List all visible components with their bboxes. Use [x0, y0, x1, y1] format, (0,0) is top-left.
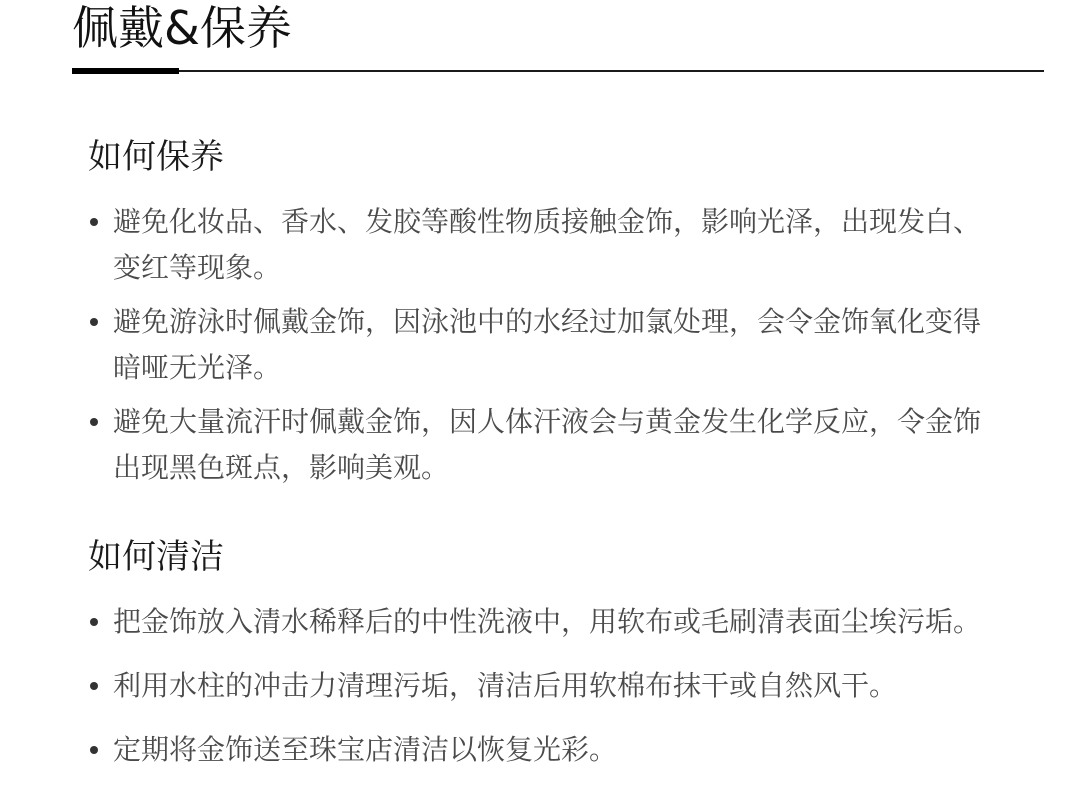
- bullet-icon: [90, 218, 98, 226]
- list-item: 利用水柱的冲击力清理污垢，清洁后用软棉布抹干或自然风干。: [86, 663, 1066, 709]
- clean-list: 把金饰放入清水稀释后的中性洗液中，用软布或毛刷清表面尘埃污垢。 利用水柱的冲击力…: [86, 599, 1066, 791]
- section-heading-clean: 如何清洁: [88, 537, 224, 577]
- list-item: 避免化妆品、香水、发胶等酸性物质接触金饰，影响光泽，出现发白、 变红等现象。: [86, 199, 1066, 291]
- bullet-icon: [90, 618, 98, 626]
- list-item-line: 利用水柱的冲击力清理污垢，清洁后用软棉布抹干或自然风干。: [113, 663, 1066, 709]
- list-item: 定期将金饰送至珠宝店清洁以恢复光彩。: [86, 727, 1066, 773]
- bullet-icon: [90, 418, 98, 426]
- list-item-line: 变红等现象。: [113, 245, 1066, 291]
- bullet-icon: [90, 318, 98, 326]
- list-item-line: 暗哑无光泽。: [113, 345, 1066, 391]
- list-item-line: 定期将金饰送至珠宝店清洁以恢复光彩。: [113, 727, 1066, 773]
- page-title: 佩戴&保养: [72, 0, 292, 56]
- list-item-line: 把金饰放入清水稀释后的中性洗液中，用软布或毛刷清表面尘埃污垢。: [113, 599, 1066, 645]
- list-item-line: 出现黑色斑点，影响美观。: [113, 445, 1066, 491]
- bullet-icon: [90, 682, 98, 690]
- list-item: 把金饰放入清水稀释后的中性洗液中，用软布或毛刷清表面尘埃污垢。: [86, 599, 1066, 645]
- title-divider-accent: [72, 68, 179, 74]
- list-item-line: 避免游泳时佩戴金饰，因泳池中的水经过加氯处理，会令金饰氧化变得: [113, 299, 1066, 345]
- title-divider: [72, 70, 1044, 72]
- list-item-line: 避免大量流汗时佩戴金饰，因人体汗液会与黄金发生化学反应，令金饰: [113, 399, 1066, 445]
- list-item-line: 避免化妆品、香水、发胶等酸性物质接触金饰，影响光泽，出现发白、: [113, 199, 1066, 245]
- list-item: 避免大量流汗时佩戴金饰，因人体汗液会与黄金发生化学反应，令金饰 出现黑色斑点，影…: [86, 399, 1066, 491]
- care-list: 避免化妆品、香水、发胶等酸性物质接触金饰，影响光泽，出现发白、 变红等现象。 避…: [86, 199, 1066, 499]
- section-heading-care: 如何保养: [88, 137, 224, 177]
- bullet-icon: [90, 746, 98, 754]
- list-item: 避免游泳时佩戴金饰，因泳池中的水经过加氯处理，会令金饰氧化变得 暗哑无光泽。: [86, 299, 1066, 391]
